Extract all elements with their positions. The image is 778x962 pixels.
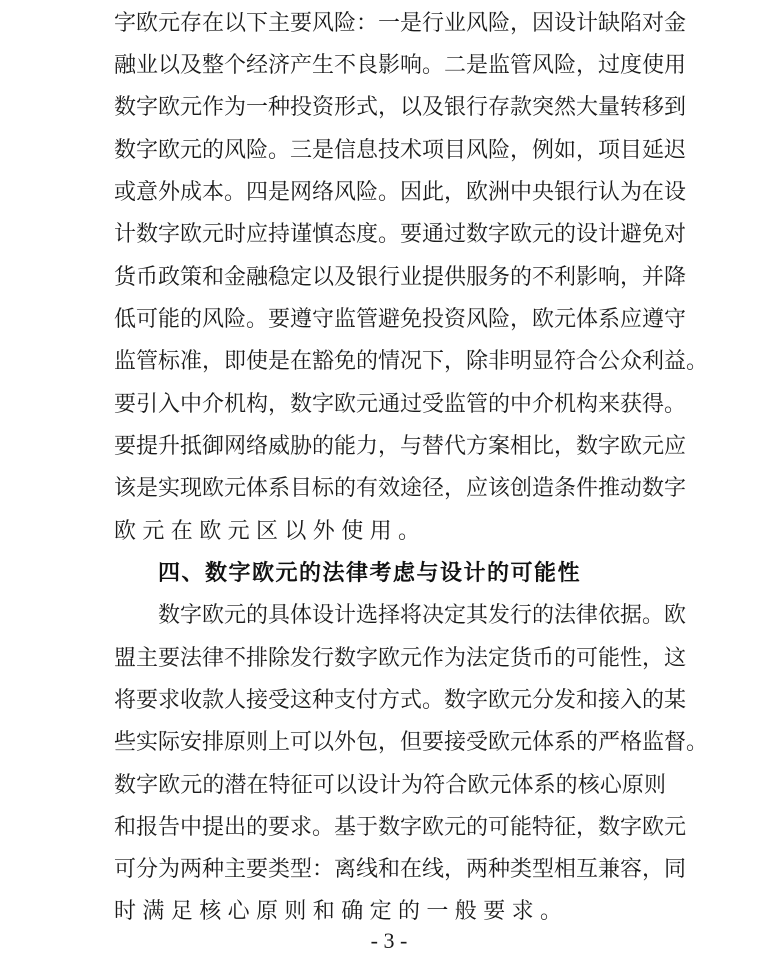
paragraph-line: 字欧元存在以下主要风险：一是行业风险，因设计缺陷对金 <box>114 3 666 44</box>
section-paragraph-line: 可分为两种主要类型：离线和在线，两种类型相互兼容，同 <box>114 849 666 890</box>
paragraph-line: 数字欧元的风险。三是信息技术项目风险，例如，项目延迟 <box>114 130 666 171</box>
paragraph-line: 数字欧元作为一种投资形式，以及银行存款突然大量转移到 <box>114 87 666 128</box>
paragraph-line: 该是实现欧元体系目标的有效途径，应该创造条件推动数字 <box>114 468 666 509</box>
section-paragraph-line: 盟主要法律不排除发行数字欧元作为法定货币的可能性，这 <box>114 638 666 679</box>
paragraph-line: 低可能的风险。要遵守监管避免投资风险，欧元体系应遵守 <box>114 299 666 340</box>
paragraph-line: 监管标准，即使是在豁免的情况下，除非明显符合公众利益。 <box>114 341 666 382</box>
page-number: - 3 - <box>0 928 778 954</box>
section-paragraph-line-first: 数字欧元的具体设计选择将决定其发行的法律依据。欧 <box>158 595 666 636</box>
paragraph-line: 融业以及整个经济产生不良影响。二是监管风险，过度使用 <box>114 45 666 86</box>
paragraph-line: 或意外成本。四是网络风险。因此，欧洲中央银行认为在设 <box>114 172 666 213</box>
section-paragraph-line-last: 时满足核心原则和确定的一般要求。 <box>114 891 568 932</box>
section-paragraph-line: 些实际安排原则上可以外包，但要接受欧元体系的严格监督。 <box>114 722 666 763</box>
section-paragraph-line: 数字欧元的潜在特征可以设计为符合欧元体系的核心原则 <box>114 765 666 806</box>
paragraph-line: 货币政策和金融稳定以及银行业提供服务的不利影响，并降 <box>114 257 666 298</box>
paragraph-line: 计数字欧元时应持谨慎态度。要通过数字欧元的设计避免对 <box>114 214 666 255</box>
paragraph-line: 要引入中介机构，数字欧元通过受监管的中介机构来获得。 <box>114 384 666 425</box>
paragraph-line: 要提升抵御网络威胁的能力，与替代方案相比，数字欧元应 <box>114 426 666 467</box>
section-paragraph-line: 将要求收款人接受这种支付方式。数字欧元分发和接入的某 <box>114 680 666 721</box>
section-paragraph-line: 和报告中提出的要求。基于数字欧元的可能特征，数字欧元 <box>114 807 666 848</box>
section-heading: 四、数字欧元的法律考虑与设计的可能性 <box>158 553 581 594</box>
paragraph-line-last: 欧元在欧元区以外使用。 <box>114 511 426 552</box>
